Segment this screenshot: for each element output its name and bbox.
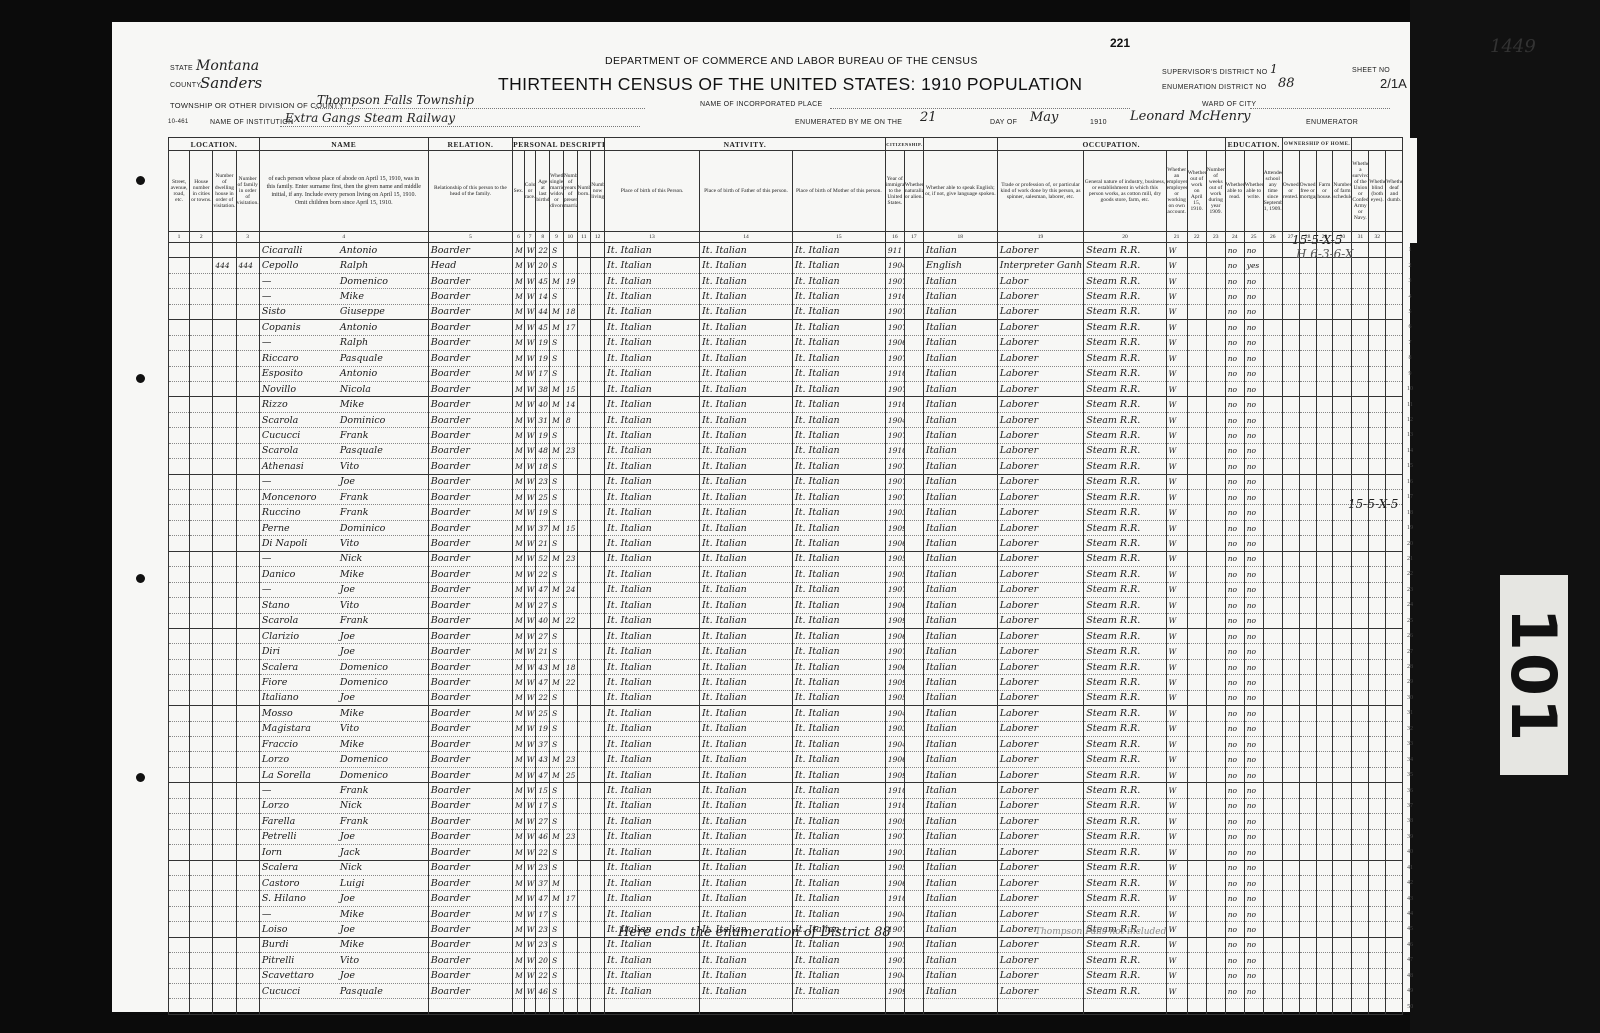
cell-empty (1299, 721, 1316, 736)
table-row: ScarolaFrankBoarderMW40M22It. ItalianIt.… (169, 613, 1418, 628)
cell-bm: It. Italian (792, 752, 885, 767)
cell-empty (1386, 875, 1403, 890)
cell-write: no (1244, 351, 1263, 366)
cell-empty (190, 381, 213, 396)
cell-bf: It. Italian (700, 906, 793, 921)
cell-empty (1282, 659, 1299, 674)
cell-read: no (1225, 875, 1244, 890)
cell-industry: Steam R.R. (1084, 505, 1166, 520)
cell-age: 17 (536, 366, 550, 381)
cell-empty (1316, 628, 1333, 643)
given-name: Joe (340, 970, 355, 981)
cell-empty (1206, 536, 1225, 551)
given-name: Joe (340, 646, 355, 657)
cell-sex: M (513, 520, 525, 535)
cell-empty (1386, 906, 1403, 921)
cell-empty (1386, 814, 1403, 829)
cell-sex: M (513, 706, 525, 721)
cell-yrs: 17 (563, 320, 577, 335)
cell-empty (1369, 829, 1386, 844)
person-name: S. HilanoJoe (259, 891, 428, 906)
cell-dwelling (213, 783, 236, 798)
cell-empty (577, 598, 591, 613)
cell-race: W (524, 706, 536, 721)
surname: — (262, 584, 340, 595)
cell-read: no (1225, 412, 1244, 427)
cell-industry: Steam R.R. (1084, 428, 1166, 443)
cell-read: no (1225, 721, 1244, 736)
cell-empty (1263, 351, 1282, 366)
cell-empty (1316, 814, 1333, 829)
cell-relation: Boarder (428, 644, 512, 659)
person-name: FarellaFrank (259, 814, 428, 829)
person-name: PetrelliJoe (259, 829, 428, 844)
cell-empty (1282, 891, 1299, 906)
cell-empty (1352, 289, 1369, 304)
cell-industry: Steam R.R. (1084, 490, 1166, 505)
cell-family (236, 922, 259, 937)
cell-dwelling (213, 551, 236, 566)
cell-bm: It. Italian (792, 659, 885, 674)
cell-empty (1263, 598, 1282, 613)
cell-emp: W (1166, 829, 1187, 844)
cell-empty (190, 628, 213, 643)
person-name: MoncenoroFrank (259, 490, 428, 505)
cell-empty (577, 937, 591, 952)
cell-empty (1386, 474, 1403, 489)
cell-empty (169, 428, 190, 443)
cell-empty (591, 459, 605, 474)
cell-bf: It. Italian (700, 443, 793, 458)
cell-empty (1206, 459, 1225, 474)
cell-empty (1333, 767, 1352, 782)
row-number: 26 (1403, 628, 1418, 643)
cell-empty (1316, 536, 1333, 551)
surname: Magistara (262, 723, 340, 734)
cell-empty (1386, 567, 1403, 582)
cell-empty (169, 243, 190, 258)
cell-empty (1316, 968, 1333, 983)
cell-write: no (1244, 381, 1263, 396)
surname: Italiano (262, 692, 340, 703)
cell-empty (190, 706, 213, 721)
cell-bf: It. Italian (700, 721, 793, 736)
cell-empty (1187, 613, 1206, 628)
table-row: PitrelliVitoBoarderMW20SIt. ItalianIt. I… (169, 953, 1418, 968)
cell-race: W (524, 551, 536, 566)
cell-empty (591, 721, 605, 736)
cell-imm: 1906 (885, 536, 904, 551)
given-name: Mike (340, 708, 364, 719)
cell-empty (190, 351, 213, 366)
row-number: 17 (1403, 490, 1418, 505)
cell-empty (1299, 937, 1316, 952)
cell-emp: W (1166, 845, 1187, 860)
column-number: 7 (524, 232, 536, 243)
cell-empty (1282, 706, 1299, 721)
cell-relation: Boarder (428, 351, 512, 366)
cell-empty (1299, 536, 1316, 551)
cell-empty (1316, 891, 1333, 906)
cell-empty (1187, 767, 1206, 782)
cell-age: 47 (536, 582, 550, 597)
cell-bm: It. Italian (792, 721, 885, 736)
given-name: Frank (340, 430, 369, 441)
footer-note: Here ends the enumeration of District 88 (618, 925, 891, 940)
given-name: Frank (340, 615, 369, 626)
cell-empty (1352, 273, 1369, 288)
sheet-value: 2/1A (1380, 76, 1407, 91)
cell-bf: It. Italian (700, 752, 793, 767)
cell-empty (577, 551, 591, 566)
cell-trade: Laborer (997, 598, 1084, 613)
cell-sex: M (513, 273, 525, 288)
cell-yrs: 17 (563, 891, 577, 906)
person-name: FraccioMike (259, 737, 428, 752)
cell-write: no (1244, 428, 1263, 443)
cell-read (1225, 999, 1244, 1014)
cell-industry: Steam R.R. (1084, 628, 1166, 643)
cell-empty (1316, 551, 1333, 566)
cell-empty (1386, 798, 1403, 813)
cell-lang: Italian (923, 752, 997, 767)
cell-trade: Laborer (997, 582, 1084, 597)
cell-empty (1369, 767, 1386, 782)
cell-sex: M (513, 412, 525, 427)
cell-race: W (524, 582, 536, 597)
cell-race: W (524, 613, 536, 628)
cell-marital: M (550, 412, 564, 427)
col-employer: Whether an employer, employee, or workin… (1166, 151, 1187, 232)
given-name: Joe (340, 831, 355, 842)
cell-empty (1352, 243, 1369, 258)
cell-age: 15 (536, 783, 550, 798)
section-citizenship: CITIZENSHIP. (885, 138, 923, 151)
cell-empty (1263, 381, 1282, 396)
cell-marital: M (550, 551, 564, 566)
cell-empty (1316, 613, 1333, 628)
cell-empty (1263, 397, 1282, 412)
cell-lang: Italian (923, 381, 997, 396)
cell-relation: Boarder (428, 690, 512, 705)
table-row: ScarolaDominicoBoarderMW31M8It. ItalianI… (169, 412, 1418, 427)
cell-age: 37 (536, 875, 550, 890)
cell-empty (1352, 582, 1369, 597)
cell-empty (190, 289, 213, 304)
cell-empty (1299, 351, 1316, 366)
cell-bp: It. Italian (605, 567, 700, 582)
cell-sex: M (513, 428, 525, 443)
census-title: THIRTEENTH CENSUS OF THE UNITED STATES: … (498, 74, 1082, 95)
cell-bp: It. Italian (605, 891, 700, 906)
cell-empty (1369, 906, 1386, 921)
cell-lang: Italian (923, 968, 997, 983)
cell-marital: S (550, 906, 564, 921)
cell-race: W (524, 243, 536, 258)
cell-bm: It. Italian (792, 490, 885, 505)
cell-empty (577, 845, 591, 860)
cell-empty (904, 567, 923, 582)
cell-race: W (524, 443, 536, 458)
surname: Farella (262, 816, 340, 827)
cell-empty (1299, 381, 1316, 396)
cell-bf: It. Italian (700, 351, 793, 366)
cell-race: W (524, 968, 536, 983)
cell-empty (1386, 381, 1403, 396)
cell-write: no (1244, 628, 1263, 643)
person-name: LorzoNick (259, 798, 428, 813)
cell-age: 37 (536, 520, 550, 535)
cell-empty (904, 875, 923, 890)
cell-empty (1299, 551, 1316, 566)
cell-write: no (1244, 860, 1263, 875)
cell-race: W (524, 366, 536, 381)
cell-family (236, 721, 259, 736)
cell-dwelling (213, 706, 236, 721)
cell-read: no (1225, 258, 1244, 273)
cell-industry: Steam R.R. (1084, 829, 1166, 844)
cell-empty (1187, 922, 1206, 937)
table-row: CicaralliAntonioBoarderMW22SIt. ItalianI… (169, 243, 1418, 258)
cell-empty (1299, 505, 1316, 520)
cell-read: no (1225, 243, 1244, 258)
cell-trade: Laborer (997, 412, 1084, 427)
cell-relation: Boarder (428, 335, 512, 350)
cell-marital: S (550, 783, 564, 798)
cell-empty (1386, 968, 1403, 983)
cell-lang: Italian (923, 937, 997, 952)
cell-imm: 1904 (885, 412, 904, 427)
cell-empty (1282, 520, 1299, 535)
cell-age: 44 (536, 304, 550, 319)
cell-race: W (524, 289, 536, 304)
cell-empty (1263, 906, 1282, 921)
given-name: Frank (340, 816, 369, 827)
cell-empty (904, 937, 923, 952)
cell-dwelling (213, 984, 236, 999)
sheet-label: SHEET NO (1352, 67, 1390, 74)
cell-dwelling (213, 922, 236, 937)
cell-empty (1206, 258, 1225, 273)
cell-family (236, 320, 259, 335)
surname: Scavettaro (262, 970, 340, 981)
cell-race: W (524, 459, 536, 474)
cell-race: W (524, 922, 536, 937)
cell-write: no (1244, 829, 1263, 844)
cell-yrs (563, 875, 577, 890)
cell-empty (169, 659, 190, 674)
cell-emp: W (1166, 351, 1187, 366)
cell-relation: Boarder (428, 567, 512, 582)
cell-empty (169, 845, 190, 860)
cell-empty (1187, 567, 1206, 582)
cell-empty (1187, 273, 1206, 288)
cell-empty (1333, 752, 1352, 767)
column-number: 16 (885, 232, 904, 243)
cell-write: no (1244, 474, 1263, 489)
cell-yrs: 15 (563, 520, 577, 535)
cell-empty (1187, 891, 1206, 906)
cell-family (236, 999, 259, 1014)
cell-lang: Italian (923, 891, 997, 906)
cell-bp: It. Italian (605, 845, 700, 860)
cell-industry: Steam R.R. (1084, 706, 1166, 721)
cell-bm: It. Italian (792, 551, 885, 566)
cell-yrs (563, 860, 577, 875)
cell-imm: 1907 (885, 829, 904, 844)
cell-age: 18 (536, 459, 550, 474)
cell-lang: Italian (923, 690, 997, 705)
col-trade: Trade or profession of, or particular ki… (997, 151, 1084, 232)
cell-relation: Boarder (428, 428, 512, 443)
row-number: 37 (1403, 798, 1418, 813)
cell-marital: M (550, 320, 564, 335)
cell-industry: Steam R.R. (1084, 644, 1166, 659)
cell-trade: Laborer (997, 814, 1084, 829)
cell-bm: It. Italian (792, 860, 885, 875)
cell-family (236, 243, 259, 258)
col-farm-schedule: Number of farm schedule. (1333, 151, 1352, 232)
cell-empty (1187, 397, 1206, 412)
cell-bm: It. Italian (792, 243, 885, 258)
row-number: 10 (1403, 381, 1418, 396)
cell-read: no (1225, 737, 1244, 752)
cell-relation: Boarder (428, 984, 512, 999)
person-name: DanicoMike (259, 567, 428, 582)
department-title: DEPARTMENT OF COMMERCE AND LABOR BUREAU … (605, 55, 978, 67)
cell-sex: M (513, 922, 525, 937)
cell-empty (1333, 937, 1352, 952)
cell-bp: It. Italian (605, 289, 700, 304)
column-number: 21 (1166, 232, 1187, 243)
cell-empty (169, 999, 190, 1014)
row-number: 44 (1403, 906, 1418, 921)
person-name: La SorellaDomenico (259, 767, 428, 782)
cell-empty (169, 814, 190, 829)
cell-empty (1263, 737, 1282, 752)
cell-empty (1316, 721, 1333, 736)
cell-empty (1369, 937, 1386, 952)
person-name: —Mike (259, 289, 428, 304)
cell-imm: 1910 (885, 289, 904, 304)
cell-empty (1369, 675, 1386, 690)
cell-empty (1369, 536, 1386, 551)
table-row: 444444CepolloRalphHeadMW20SIt. ItalianIt… (169, 258, 1418, 273)
cell-imm: 1910 (885, 443, 904, 458)
col-birth-mother: Place of birth of Mother of this person. (792, 151, 885, 232)
cell-age: 19 (536, 428, 550, 443)
cell-age (536, 999, 550, 1014)
cell-write: no (1244, 984, 1263, 999)
cell-industry: Steam R.R. (1084, 412, 1166, 427)
cell-empty (1352, 968, 1369, 983)
surname: Scalera (262, 862, 340, 873)
cell-empty (591, 953, 605, 968)
cell-empty (1263, 520, 1282, 535)
given-name: Mike (340, 291, 364, 302)
cell-empty (1263, 752, 1282, 767)
cell-empty (1187, 798, 1206, 813)
cell-family (236, 397, 259, 412)
cell-empty (591, 490, 605, 505)
cell-family (236, 520, 259, 535)
cell-race: W (524, 474, 536, 489)
cell-trade: Laborer (997, 443, 1084, 458)
cell-empty (1299, 690, 1316, 705)
cell-relation (428, 999, 512, 1014)
cell-empty (1206, 937, 1225, 952)
state-label: STATE (170, 65, 193, 72)
cell-empty (904, 644, 923, 659)
given-name: Vito (340, 955, 359, 966)
cell-emp: W (1166, 659, 1187, 674)
cell-empty (190, 443, 213, 458)
cell-bm: It. Italian (792, 598, 885, 613)
cell-imm: 1904 (885, 737, 904, 752)
cell-emp: W (1166, 968, 1187, 983)
cell-empty (1187, 335, 1206, 350)
row-number: 23 (1403, 582, 1418, 597)
cell-read: no (1225, 474, 1244, 489)
cell-empty (1206, 829, 1225, 844)
cell-family (236, 474, 259, 489)
cell-lang: Italian (923, 845, 997, 860)
cell-empty (169, 366, 190, 381)
cell-empty (1316, 443, 1333, 458)
cell-imm: 1906 (885, 598, 904, 613)
cell-empty (190, 366, 213, 381)
cell-read: no (1225, 520, 1244, 535)
cell-empty (1299, 814, 1316, 829)
cell-empty (1316, 320, 1333, 335)
cell-marital: S (550, 798, 564, 813)
cell-empty (1352, 737, 1369, 752)
cell-marital: S (550, 644, 564, 659)
cell-empty (190, 675, 213, 690)
table-row: —JoeBoarderMW47M24It. ItalianIt. Italian… (169, 582, 1418, 597)
cell-empty (1369, 598, 1386, 613)
cell-family (236, 968, 259, 983)
table-row: Di NapoliVitoBoarderMW21SIt. ItalianIt. … (169, 536, 1418, 551)
institution-value: Extra Gangs Steam Railway (285, 111, 455, 125)
cell-sex: M (513, 397, 525, 412)
cell-empty (904, 490, 923, 505)
row-number: 36 (1403, 783, 1418, 798)
cell-trade: Laborer (997, 381, 1084, 396)
given-name: Nicola (340, 384, 371, 395)
row-number: 39 (1403, 829, 1418, 844)
col-mortgaged: Owned free or mortgaged. (1299, 151, 1316, 232)
cell-lang: Italian (923, 490, 997, 505)
cell-dwelling (213, 567, 236, 582)
cell-lang: Italian (923, 875, 997, 890)
cell-empty (1299, 412, 1316, 427)
cell-lang: Italian (923, 644, 997, 659)
cell-empty (1263, 875, 1282, 890)
cell-empty (1316, 397, 1333, 412)
cell-empty (591, 659, 605, 674)
cell-empty (591, 536, 605, 551)
table-row: FraccioMikeBoarderMW37SIt. ItalianIt. It… (169, 737, 1418, 752)
cell-empty (904, 906, 923, 921)
cell-empty (1333, 366, 1352, 381)
cell-relation: Boarder (428, 906, 512, 921)
cell-write: no (1244, 490, 1263, 505)
cell-sex: M (513, 845, 525, 860)
cell-trade: Laborer (997, 459, 1084, 474)
cell-trade: Laborer (997, 798, 1084, 813)
cell-dwelling (213, 412, 236, 427)
